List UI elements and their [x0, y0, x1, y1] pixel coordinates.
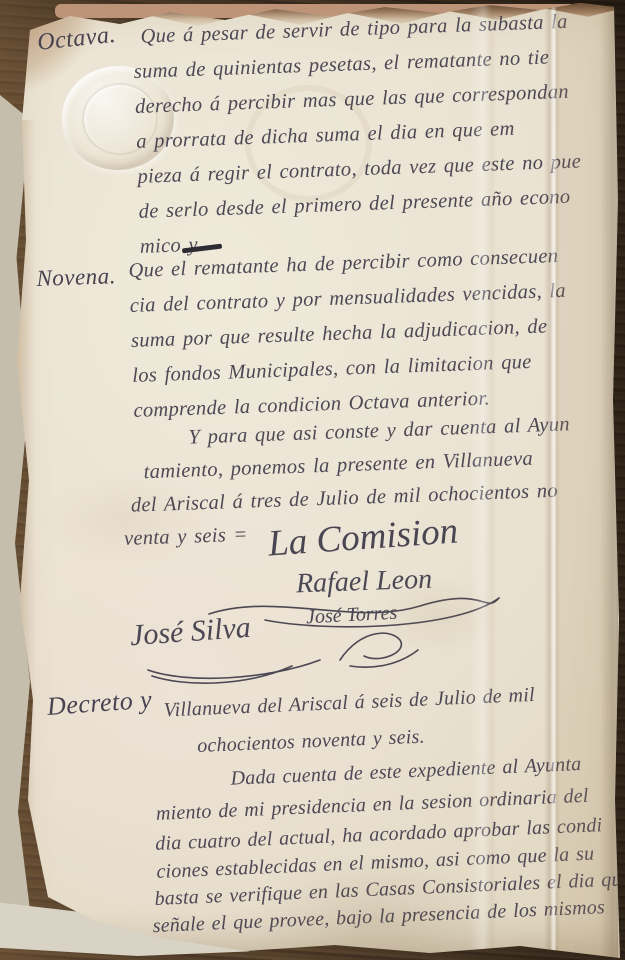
photograph-of-manuscript: Octava. Que á pesar de servir de tipo pa…: [0, 0, 625, 960]
manuscript-line: Dada cuenta de este expediente al Ayunta: [230, 753, 582, 791]
signature-flourish: [142, 650, 332, 686]
signature-jose-silva: José Silva: [129, 611, 252, 653]
section-octava: Que á pesar de servir de tipo para la su…: [132, 5, 584, 265]
signature-rubric: [330, 620, 430, 672]
soft-crease: [470, 0, 496, 960]
vertical-fold-crease: [544, 0, 560, 960]
section-novena: Que el rematante ha de percibir como con…: [128, 239, 570, 429]
manuscript-line: ochocientos noventa y seis.: [197, 726, 425, 759]
manuscript-page: Octava. Que á pesar de servir de tipo pa…: [0, 0, 625, 960]
section-label-novena: Novena.: [36, 263, 116, 292]
page-gutter-shadow: [600, 0, 618, 960]
